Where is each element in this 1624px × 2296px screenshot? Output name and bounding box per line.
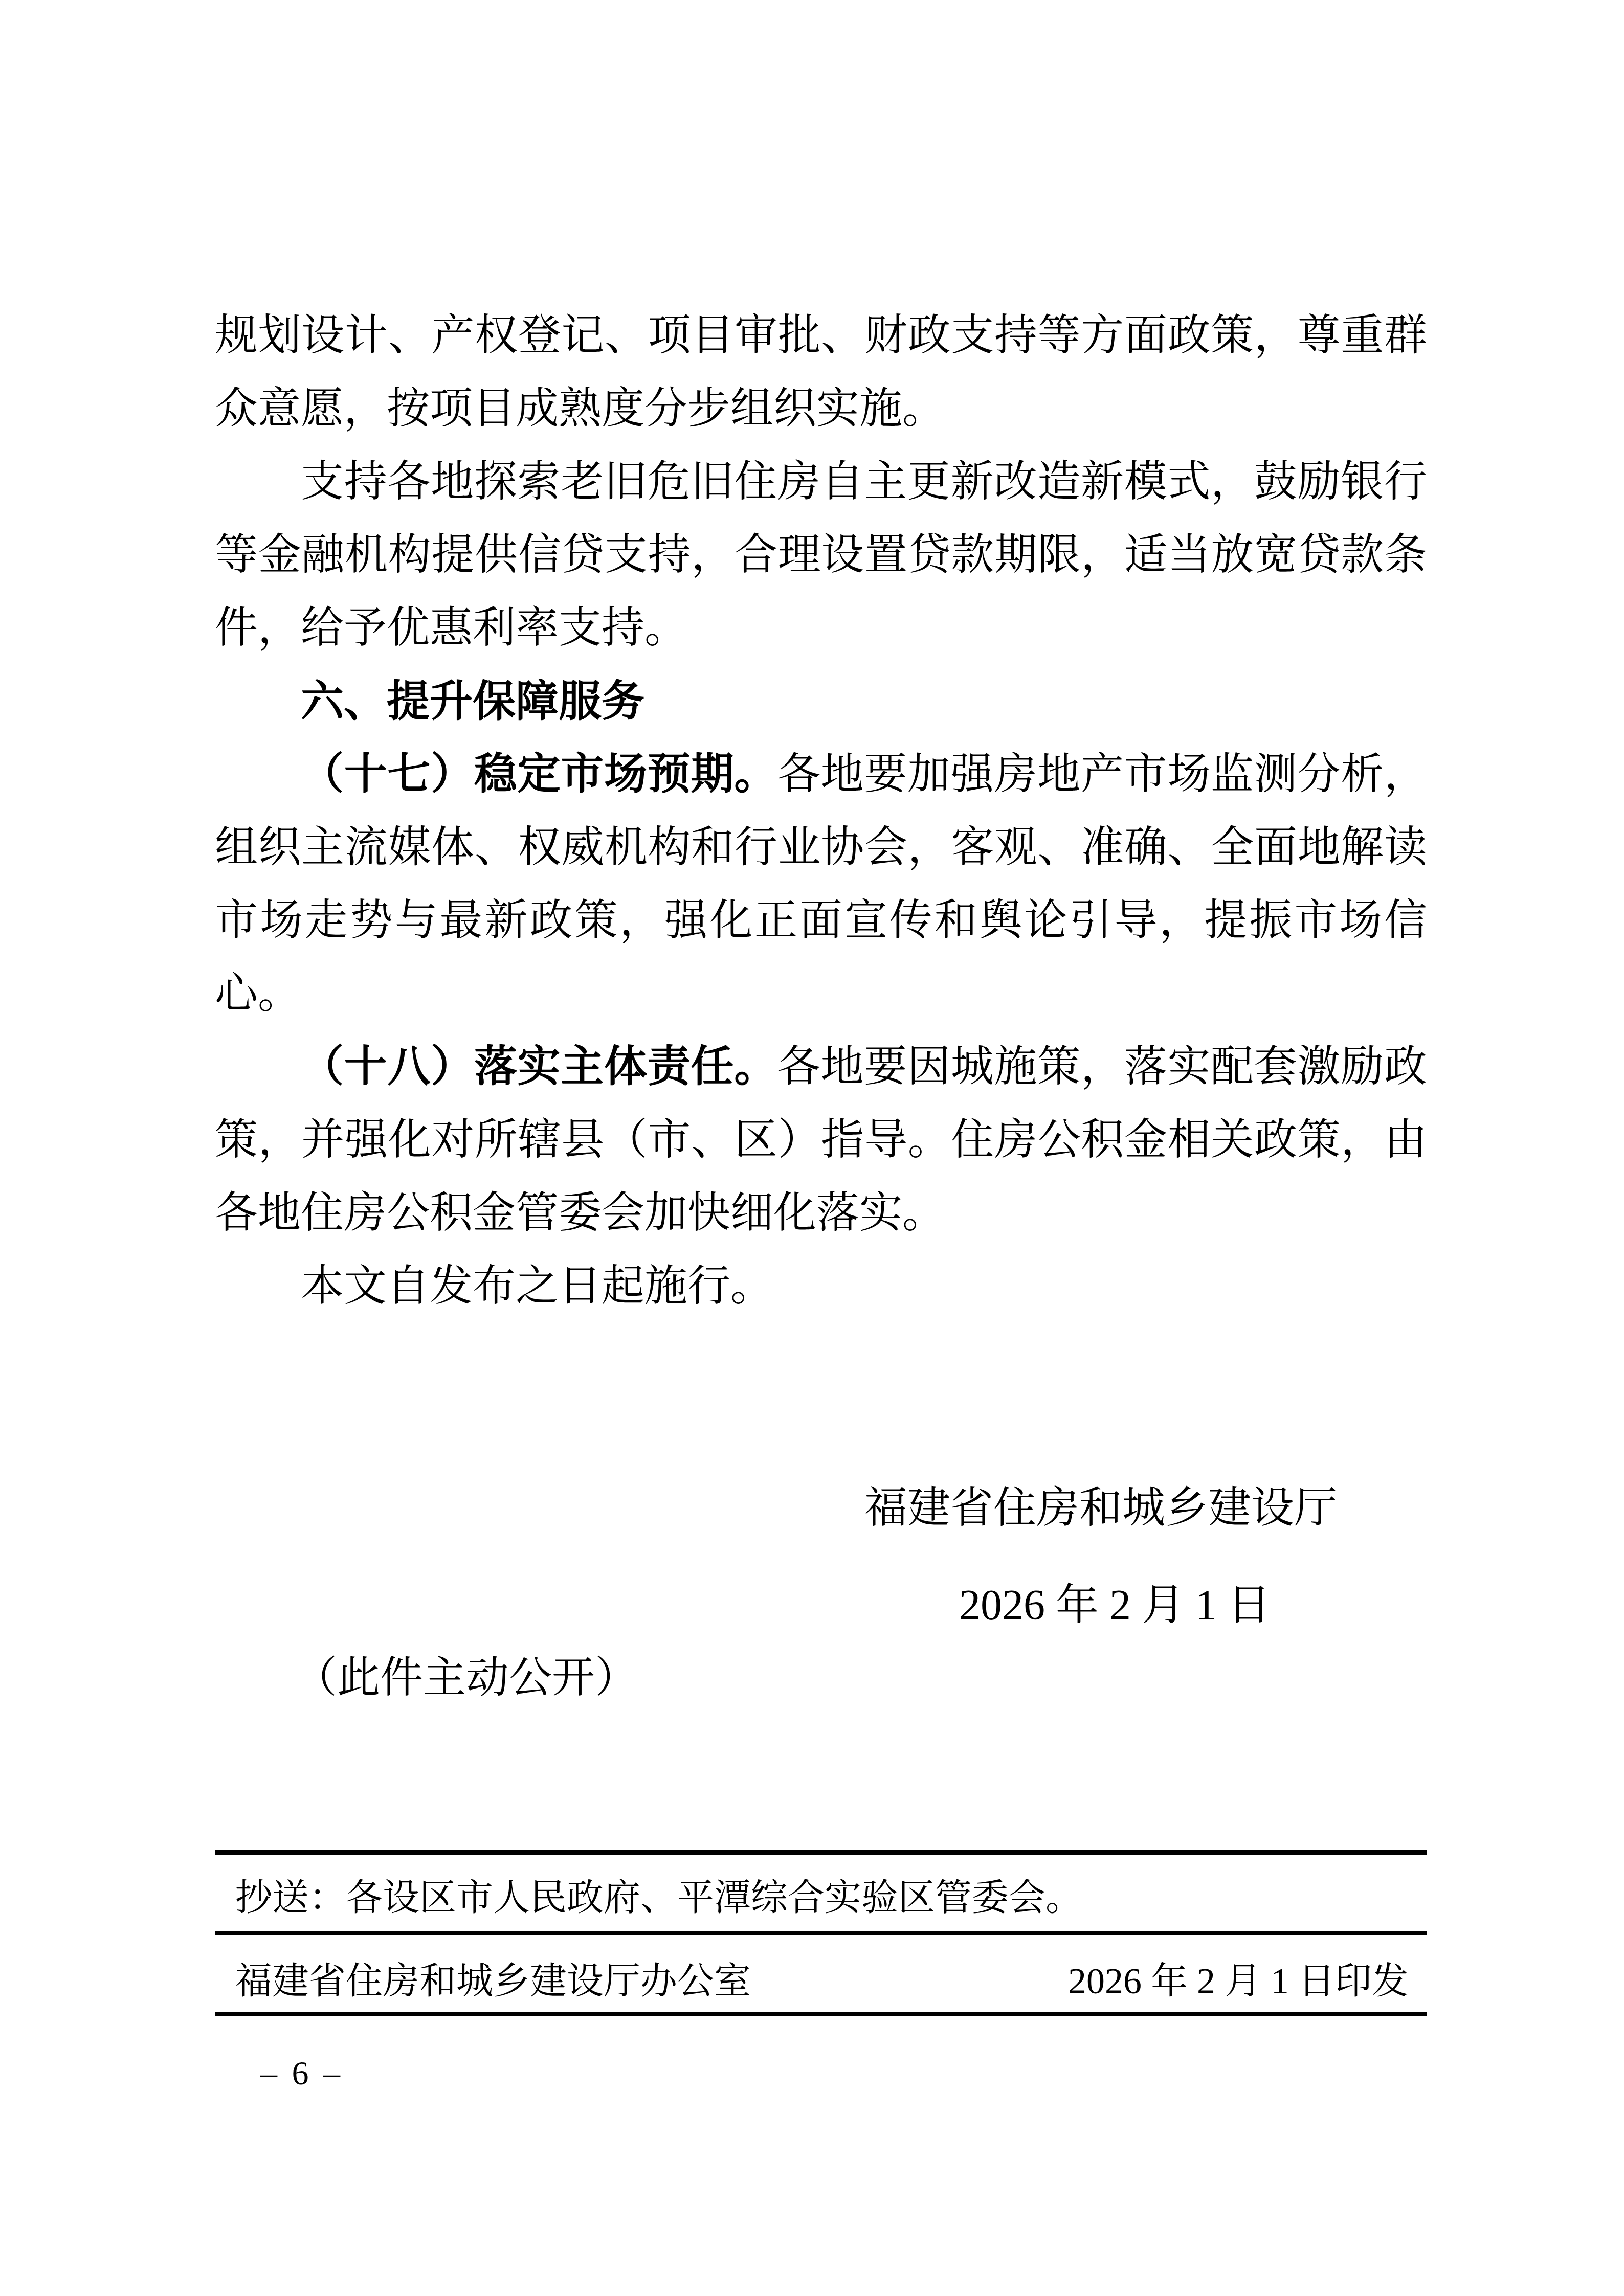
paragraph: 支持各地探索老旧危旧住房自主更新改造新模式，鼓励银行等金融机构提供信贷支持，合理… xyxy=(215,445,1427,665)
colophon-rule-top xyxy=(215,1850,1427,1855)
paragraph-lead-bold: （十八）落实主体责任。 xyxy=(301,1043,777,1091)
paragraph-run: 规划设计、产权登记、项目审批、财政支持等方面政策，尊重群众意愿，按项目成熟度分步… xyxy=(215,312,1427,433)
issuer-name: 福建省住房和城乡建设厅办公室 xyxy=(235,1952,751,2010)
section-heading: 六、提升保障服务 xyxy=(215,665,1427,738)
paragraph: 规划设计、产权登记、项目审批、财政支持等方面政策，尊重群众意愿，按项目成熟度分步… xyxy=(215,299,1427,445)
cc-line: 抄送：各设区市人民政府、平潭综合实验区管委会。 xyxy=(215,1869,1427,1926)
paragraph-lead-bold: （十七）稳定市场预期。 xyxy=(301,751,777,798)
print-date: 2026 年 2 月 1 日印发 xyxy=(1068,1952,1409,2010)
paragraph: 本文自发布之日起施行。 xyxy=(215,1250,1427,1323)
issuer-line: 福建省住房和城乡建设厅办公室 2026 年 2 月 1 日印发 xyxy=(215,1952,1427,2010)
paragraph-lead-bold: 六、提升保障服务 xyxy=(301,677,644,725)
paragraph-run: 支持各地探索老旧危旧住房自主更新改造新模式，鼓励银行等金融机构提供信贷支持，合理… xyxy=(215,458,1427,652)
disclosure-note: （此件主动公开） xyxy=(294,1648,638,1709)
paragraph: （十八）落实主体责任。各地要因城施策，落实配套激励政策，并强化对所辖县（市、区）… xyxy=(215,1030,1427,1250)
signature-org: 福建省住房和城乡建设厅 xyxy=(864,1478,1337,1539)
colophon-rule-bottom xyxy=(215,2012,1427,2016)
colophon-rule-middle xyxy=(215,1931,1427,1935)
document-page: 规划设计、产权登记、项目审批、财政支持等方面政策，尊重群众意愿，按项目成熟度分步… xyxy=(0,0,1624,2296)
signature-date: 2026 年 2 月 1 日 xyxy=(959,1575,1271,1636)
page-number: – 6 – xyxy=(215,2051,389,2097)
paragraph-run: 本文自发布之日起施行。 xyxy=(301,1263,773,1310)
document-body: 规划设计、产权登记、项目审批、财政支持等方面政策，尊重群众意愿，按项目成熟度分步… xyxy=(215,299,1427,1323)
paragraph: （十七）稳定市场预期。各地要加强房地产市场监测分析，组织主流媒体、权威机构和行业… xyxy=(215,738,1427,1030)
